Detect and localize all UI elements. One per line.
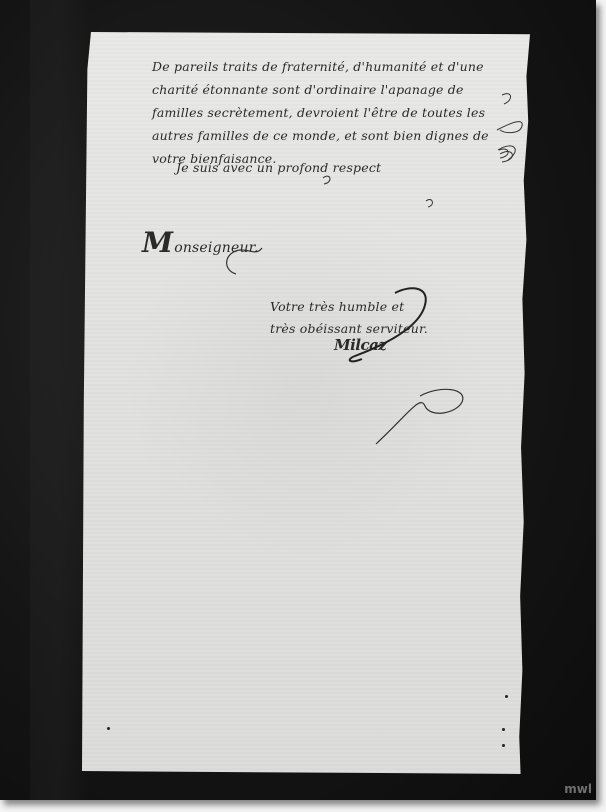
letter-subscription: Votre très humble et très obéissant serv…	[270, 296, 428, 340]
body-line: familles secrètement, devroient l'être d…	[152, 101, 489, 124]
watermark: mwl	[564, 782, 592, 796]
subscription-line: Votre très humble et	[270, 296, 428, 318]
salutation-rest: onseigneur.	[174, 240, 258, 256]
body-line: autres familles de ce monde, et sont bie…	[152, 124, 489, 147]
paper-speck	[505, 695, 508, 698]
paper-speck	[502, 744, 505, 747]
paper-speck	[107, 727, 110, 730]
paper-speck	[502, 728, 505, 731]
body-line: charité étonnante sont d'ordinaire l'apa…	[152, 78, 489, 101]
letter-closing: Je suis avec un profond respect	[176, 160, 381, 175]
salutation-initial: M	[142, 226, 173, 259]
letter-body: De pareils traits de fraternité, d'human…	[152, 55, 489, 170]
letter-signature: Milcaz	[334, 336, 386, 354]
letter-salutation: Monseigneur.	[142, 226, 259, 259]
body-line: De pareils traits de fraternité, d'human…	[152, 55, 489, 78]
